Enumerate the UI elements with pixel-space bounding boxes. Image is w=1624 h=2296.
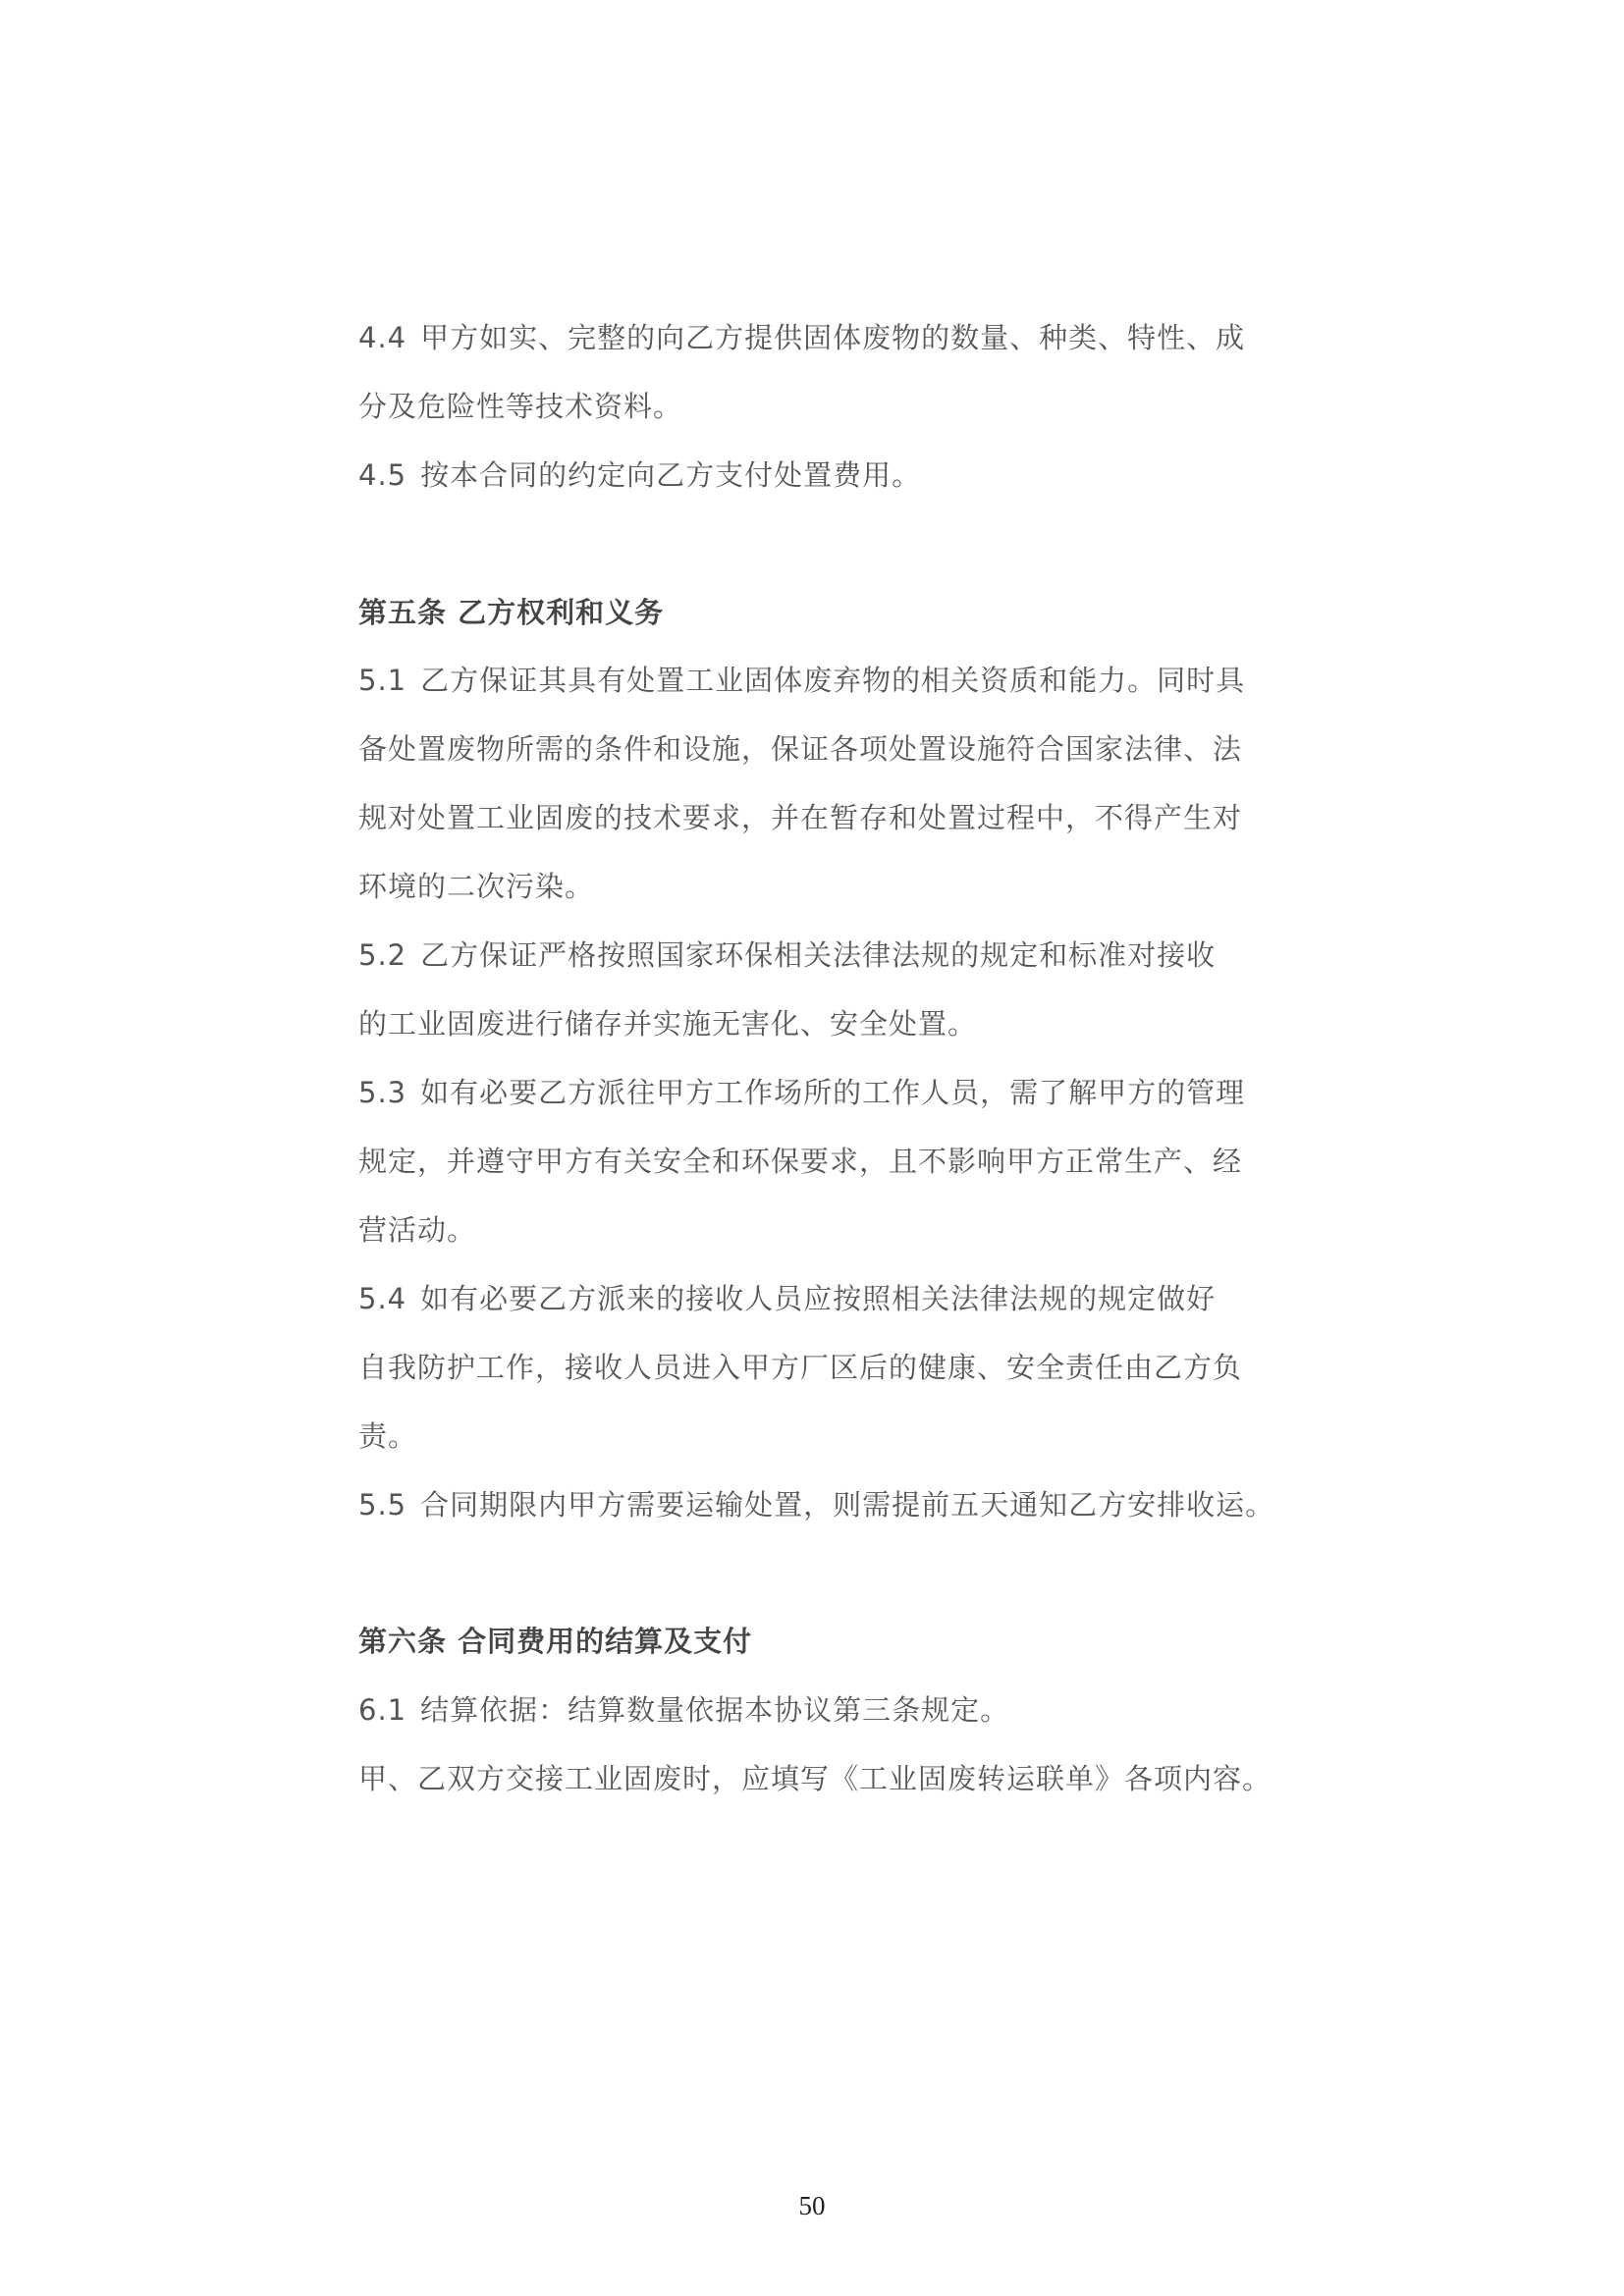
clause-text: 如有必要乙方派来的接收人员应按照相关法律法规的规定做好: [420, 1282, 1216, 1315]
clause-number: 5.4: [358, 1282, 406, 1315]
clause-6-1-line-2: 甲、乙双方交接工业固废时，应填写《工业固废转运联单》各项内容。: [358, 1759, 1272, 1798]
clause-number: 5.3: [358, 1076, 406, 1109]
clause-4-4-line-2: 分及危险性等技术资料。: [358, 387, 682, 426]
clause-5-4-line-1: 5.4如有必要乙方派来的接收人员应按照相关法律法规的规定做好: [358, 1279, 1216, 1318]
clause-5-1-line-1: 5.1乙方保证其具有处置工业固体废弃物的相关资质和能力。同时具: [358, 661, 1245, 700]
clause-text: 甲方如实、完整的向乙方提供固体废物的数量、种类、特性、成: [420, 321, 1245, 354]
clause-text: 乙方保证其具有处置工业固体废弃物的相关资质和能力。同时具: [420, 664, 1245, 697]
clause-4-4-line-1: 4.4甲方如实、完整的向乙方提供固体废物的数量、种类、特性、成: [358, 318, 1245, 357]
clause-text: 乙方保证严格按照国家环保相关法律法规的规定和标准对接收: [420, 938, 1216, 972]
clause-5-4-line-3: 责。: [358, 1416, 417, 1456]
clause-5-2-line-1: 5.2乙方保证严格按照国家环保相关法律法规的规定和标准对接收: [358, 935, 1216, 975]
clause-5-3-line-3: 营活动。: [358, 1210, 476, 1250]
clause-5-2-line-2: 的工业固废进行储存并实施无害化、安全处置。: [358, 1004, 977, 1043]
clause-number: 5.1: [358, 664, 406, 697]
clause-number: 6.1: [358, 1693, 406, 1727]
clause-5-1-line-3: 规对处置工业固废的技术要求，并在暂存和处置过程中，不得产生对: [358, 798, 1242, 837]
clause-5-3-line-2: 规定，并遵守甲方有关安全和环保要求，且不影响甲方正常生产、经: [358, 1142, 1242, 1181]
clause-number: 4.5: [358, 458, 406, 492]
clause-number: 5.5: [358, 1488, 406, 1522]
clause-number: 5.2: [358, 938, 406, 972]
clause-5-4-line-2: 自我防护工作，接收人员进入甲方厂区后的健康、安全责任由乙方负: [358, 1348, 1242, 1387]
section-heading-5: 第五条 乙方权利和义务: [358, 593, 664, 632]
clause-5-3-line-1: 5.3如有必要乙方派往甲方工作场所的工作人员，需了解甲方的管理: [358, 1073, 1245, 1112]
clause-6-1-line-1: 6.1结算依据：结算数量依据本协议第三条规定。: [358, 1690, 1009, 1730]
clause-5-1-line-2: 备处置废物所需的条件和设施，保证各项处置设施符合国家法律、法: [358, 729, 1242, 769]
clause-4-5-line-1: 4.5按本合同的约定向乙方支付处置费用。: [358, 455, 921, 495]
page-number: 50: [0, 2191, 1624, 2221]
clause-text: 按本合同的约定向乙方支付处置费用。: [420, 458, 921, 492]
clause-text: 如有必要乙方派往甲方工作场所的工作人员，需了解甲方的管理: [420, 1076, 1245, 1109]
section-heading-6: 第六条 合同费用的结算及支付: [358, 1622, 752, 1661]
clause-5-1-line-4: 环境的二次污染。: [358, 867, 594, 906]
clause-text: 合同期限内甲方需要运输处置，则需提前五天通知乙方安排收运。: [420, 1488, 1274, 1522]
clause-number: 4.4: [358, 321, 406, 354]
clause-text: 结算依据：结算数量依据本协议第三条规定。: [420, 1693, 1009, 1727]
clause-5-5-line-1: 5.5合同期限内甲方需要运输处置，则需提前五天通知乙方安排收运。: [358, 1485, 1274, 1524]
